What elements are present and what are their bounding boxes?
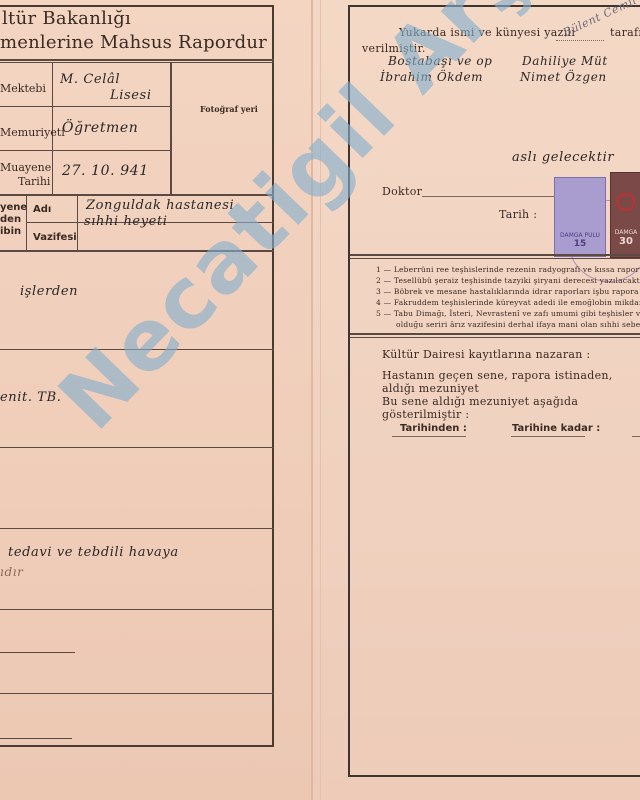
- exam-date-label: Muayene: [0, 161, 51, 174]
- school-value-line2: Lisesi: [110, 88, 152, 103]
- short-rule: [0, 652, 75, 653]
- date-label: Tarih :: [499, 208, 537, 221]
- signatory-right: Dahiliye Müt: [522, 54, 608, 68]
- section-3-text: tedavi ve tebdili havaya: [8, 545, 179, 560]
- note-5: 5 — Tabu Dimağı, İsteri, Nevrastenî ve z…: [376, 309, 640, 318]
- signatory-right-line2: Nimet Özgen: [520, 70, 607, 84]
- examiner-group-label-2: den: [0, 214, 21, 225]
- revenue-stamp-15: DAMGA PULU 15: [554, 177, 606, 257]
- examiner-duty-label: Vazifesi: [33, 232, 77, 243]
- note-1: 1 — Leberrüni ree teşhislerinde rezenin …: [376, 265, 640, 274]
- notes-bottom-rule: [350, 333, 640, 335]
- examiner-group-label-3: ibin: [0, 226, 21, 237]
- report-title: menlerine Mahsus Rapordur: [0, 32, 267, 53]
- stamp-text: DAMGA: [611, 229, 640, 236]
- position-label: Memuriyeti: [0, 126, 65, 139]
- to-date-field: [511, 436, 585, 437]
- from-date-field: [392, 436, 466, 437]
- name-dotted-line: [556, 40, 604, 41]
- row-divider: [0, 150, 170, 151]
- stamp-value: 15: [555, 239, 605, 249]
- row-divider: [0, 194, 274, 196]
- section-divider: [0, 447, 274, 448]
- section-1-text: işlerden: [20, 284, 78, 299]
- row-divider: [0, 106, 170, 107]
- header-rule-thin: [0, 62, 274, 63]
- doctor-label: Doktor: [382, 185, 422, 198]
- examiner-value-line2: sıhhi heyeti: [84, 214, 168, 229]
- page-fold-shadow: [320, 0, 321, 800]
- handwritten-note: aslı gelecektir: [512, 150, 614, 165]
- notes-bottom-rule-thin: [350, 337, 640, 338]
- examiner-name-label: Adı: [33, 204, 51, 215]
- examiner-divider: [77, 196, 78, 250]
- photo-placeholder-label: Fotoğraf yeri: [200, 104, 258, 114]
- stamp-text: DAMGA PULU: [555, 232, 605, 239]
- crescent-icon: [617, 193, 635, 211]
- section-3-text-line2: ıdır: [0, 565, 24, 579]
- note-5-cont: olduğu seriri ârız vazifesini derhal ifa…: [396, 320, 640, 329]
- school-value: M. Celâl: [60, 72, 120, 87]
- note-4: 4 — Fakruddem teşhislerinde küreyvat ade…: [376, 298, 640, 307]
- left-form-frame: [0, 5, 274, 747]
- section-divider: [0, 528, 274, 529]
- last-year-leave-text: Hastanın geçen sene, rapora istinaden, a…: [382, 369, 640, 395]
- ministry-title: ltür Bakanlığı: [2, 8, 131, 29]
- intro-suffix: tarafım: [610, 26, 640, 39]
- note-2: 2 — Tesellübü şeraiz teşhisinde tazyiki …: [376, 276, 640, 285]
- revenue-stamp-30: DAMGA 30: [610, 172, 640, 258]
- to-date-label: Tarihine kadar :: [512, 423, 600, 434]
- position-value: Öğretmen: [62, 120, 138, 136]
- signatory-left: Bostabaşı ve op: [388, 54, 492, 68]
- header-rule: [0, 59, 274, 61]
- culture-dept-text: Kültür Dairesi kayıtlarına nazaran :: [382, 348, 590, 361]
- photo-divider: [170, 62, 172, 194]
- examiner-value: Zonguldak hastanesi: [86, 198, 234, 213]
- intro-text: Yukarda ismi ve künyesi yazılı: [399, 26, 575, 39]
- examiner-bottom-rule: [0, 250, 274, 252]
- stamp-value: 30: [611, 236, 640, 247]
- page-fold: [311, 0, 313, 800]
- from-date-label: Tarihinden :: [400, 423, 467, 434]
- section-divider: [0, 349, 274, 350]
- exam-date-value: 27. 10. 941: [62, 163, 149, 179]
- signatory-left-line2: İbrahim Ökdem: [380, 70, 483, 84]
- exam-date-label-line2: Tarihi: [18, 175, 50, 188]
- section-2-text: enit. TB.: [0, 390, 61, 405]
- notes-top-rule: [350, 254, 640, 256]
- examiner-group-label: yene: [0, 202, 27, 213]
- school-label: Mektebi: [0, 82, 46, 95]
- note-3: 3 — Böbrek ve mesane hastalıklarında idr…: [376, 287, 640, 296]
- extra-date-field: [632, 436, 640, 437]
- section-divider: [0, 693, 274, 694]
- this-year-leave-text: Bu sene aldığı mezuniyet aşağıda gösteri…: [382, 395, 640, 421]
- section-divider: [0, 609, 274, 610]
- short-rule: [0, 738, 72, 739]
- notes-top-rule-thin: [350, 258, 640, 259]
